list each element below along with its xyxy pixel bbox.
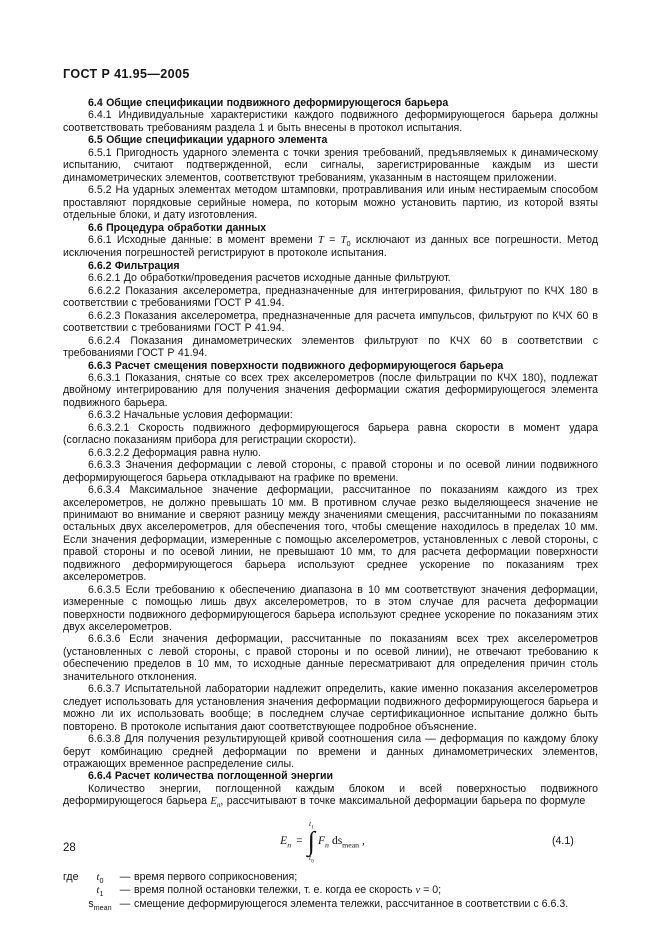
- definition-term: t1: [84, 884, 116, 897]
- paragraph: 6.6.3.4 Максимальное значение деформации…: [63, 484, 598, 584]
- definition-term: smean: [84, 898, 116, 911]
- definition-prefix: [63, 898, 84, 911]
- paragraph: 6.4.1 Индивидуальные характеристики кажд…: [63, 109, 598, 134]
- formula-number: (4.1): [552, 835, 598, 847]
- standard-designation: ГОСТ Р 41.95—2005: [63, 68, 598, 81]
- equals-sign: =: [296, 835, 303, 847]
- paragraph: 6.6.2.3 Показания акселерометра, предназ…: [63, 310, 598, 335]
- definition-term: t0: [84, 871, 116, 884]
- definition-list: гдеt0—время первого соприкосновения;t1—в…: [63, 871, 598, 911]
- definition-dash: —: [116, 884, 134, 897]
- definition-text: смещение деформирующегося элемента тележ…: [134, 898, 598, 911]
- formula-expression: En = t1 ∫ t0 Fn dsmean ,: [63, 820, 552, 862]
- document-page: ГОСТ Р 41.95—2005 6.4 Общие спецификации…: [0, 0, 661, 936]
- paragraph: 6.6.3.5 Если требованию к обеспечению ди…: [63, 584, 598, 634]
- section-heading: 6.4 Общие спецификации подвижного деформ…: [63, 97, 598, 109]
- paragraph: 6.6.3.3 Значения деформации с левой стор…: [63, 459, 598, 484]
- paragraph: 6.6.3.2.1 Скорость подвижного деформирую…: [63, 422, 598, 447]
- document-body: 6.4 Общие спецификации подвижного деформ…: [63, 97, 598, 911]
- integral-sign: ∫: [308, 828, 315, 854]
- paragraph: 6.6.3.2.2 Деформация равна нулю.: [63, 447, 598, 459]
- paragraphs: 6.4 Общие спецификации подвижного деформ…: [63, 97, 598, 809]
- section-heading: 6.6.4 Расчет количества поглощенной энер…: [63, 770, 598, 782]
- definition-row: t1—время полной остановки тележки, т. е.…: [63, 884, 598, 897]
- paragraph: 6.6.2.2 Показания акселерометра, предназ…: [63, 285, 598, 310]
- paragraph: 6.6.3.7 Испытательной лаборатории надлеж…: [63, 683, 598, 733]
- lower-limit: t0: [309, 854, 314, 862]
- section-heading: 6.6.3 Расчет смещения поверхности подвиж…: [63, 360, 598, 372]
- section-heading: 6.6 Процедура обработки данных: [63, 222, 598, 234]
- definition-prefix: [63, 884, 84, 897]
- paragraph: 6.5.2 На ударных элементах методом штамп…: [63, 184, 598, 221]
- paragraph: 6.6.2.1 До обработки/проведения расчетов…: [63, 272, 598, 284]
- integral-with-limits: t1 ∫ t0: [308, 820, 315, 862]
- definition-prefix: где: [63, 871, 84, 884]
- page-number: 28: [63, 842, 76, 854]
- section-heading: 6.6.2 Фильтрация: [63, 260, 598, 272]
- paragraph: 6.6.3.8 Для получения результирующей кри…: [63, 733, 598, 770]
- definition-text: время первого соприкосновения;: [134, 871, 598, 884]
- paragraph: 6.6.1 Исходные данные: в момент времени …: [63, 234, 598, 260]
- formula-lhs: En: [280, 835, 291, 847]
- definition-dash: —: [116, 898, 134, 911]
- paragraph: 6.6.3.2 Начальные условия деформации:: [63, 409, 598, 421]
- formula-block: En = t1 ∫ t0 Fn dsmean , (4.1): [63, 813, 598, 869]
- differential: dsmean ,: [332, 835, 365, 847]
- paragraph: 6.6.2.4 Показания динамометрических элем…: [63, 335, 598, 360]
- definition-row: гдеt0—время первого соприкосновения;: [63, 871, 598, 884]
- definition-dash: —: [116, 871, 134, 884]
- section-heading: 6.5 Общие спецификации ударного элемента: [63, 134, 598, 146]
- paragraph: Количество энергии, поглощенной каждым б…: [63, 783, 598, 809]
- paragraph: 6.5.1 Пригодность ударного элемента с то…: [63, 147, 598, 184]
- definition-row: smean—смещение деформирующегося элемента…: [63, 898, 598, 911]
- definition-text: время полной остановки тележки, т. е. ко…: [134, 884, 598, 897]
- paragraph: 6.6.3.6 Если значения деформации, рассчи…: [63, 633, 598, 683]
- paragraph: 6.6.3.1 Показания, снятые со всех трех а…: [63, 372, 598, 409]
- integrand: Fn: [318, 835, 329, 847]
